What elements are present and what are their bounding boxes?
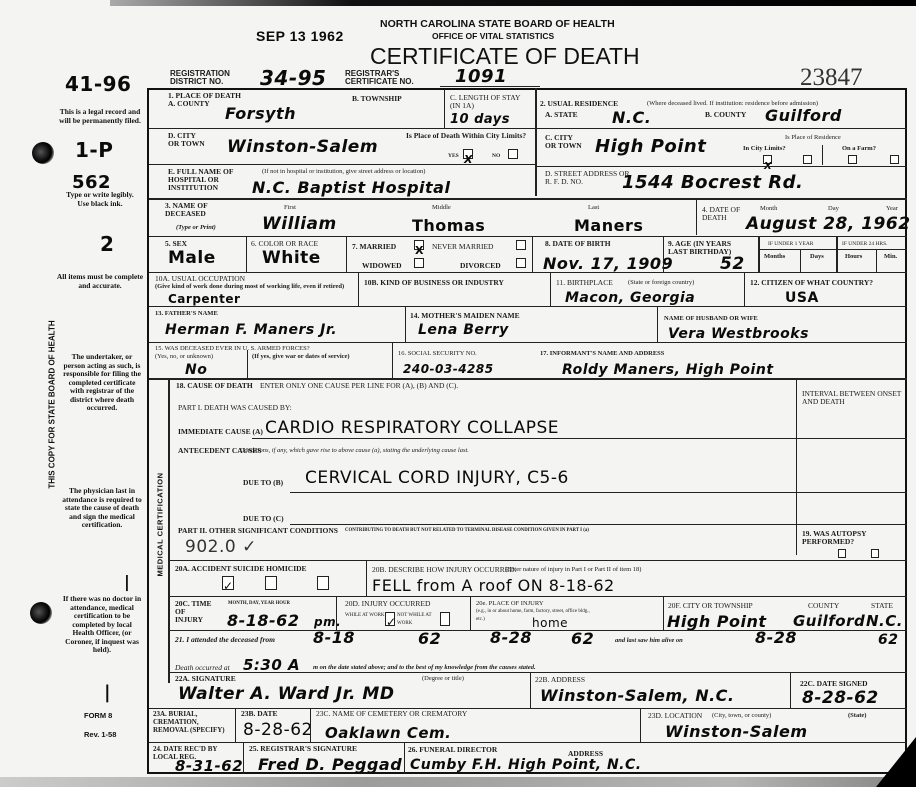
divider-race-married — [346, 236, 347, 272]
divider-birthplace-citizen — [744, 272, 745, 306]
accident-type-label: 20a. ACCIDENT SUICIDE HOMICIDE — [175, 565, 307, 573]
registrar-cert-underline — [440, 86, 540, 87]
time-of-injury-label: 20c. TIME OF INJURY — [175, 600, 215, 624]
injury-city-label: 20f. CITY OR TOWNSHIP — [668, 602, 753, 610]
part1-label: PART I. DEATH WAS CAUSED BY: — [178, 404, 292, 412]
margin-handwriting-2: 1-P — [75, 138, 113, 162]
death-city-value[interactable]: Winston-Salem — [227, 137, 378, 157]
within-limits-no-checkbox[interactable] — [508, 149, 518, 159]
divider-hours-min — [876, 249, 877, 272]
father-label: 13. FATHER'S NAME — [155, 310, 218, 318]
divider-time-occurred — [336, 596, 337, 630]
row-divider-3 — [149, 236, 907, 237]
autopsy-label: 19. WAS AUTOPSY PERFORMED? — [802, 530, 892, 546]
within-limits-no-label: NO — [492, 152, 500, 160]
occupation-value[interactable]: Carpenter — [168, 292, 240, 306]
res-street-label: d. STREET ADDRESS or R. F. D. NO. — [545, 170, 630, 186]
signature-value[interactable]: Walter A. Ward Jr. MD — [178, 684, 394, 704]
ssn-value[interactable]: 240-03-4285 — [403, 362, 494, 376]
death-county-value[interactable]: Forsyth — [225, 104, 296, 123]
note-legal-record: This is a legal record and will be perma… — [55, 108, 145, 125]
date-of-death-label: 4. DATE OF DEATH — [702, 206, 742, 222]
date-of-death-value[interactable]: August 28, 1962 — [746, 214, 911, 234]
attended-from-year[interactable]: 62 — [418, 629, 441, 648]
res-in-city-no-checkbox[interactable] — [803, 155, 812, 164]
burial-type-label: 23a. BURIAL, CREMATION, REMOVAL (Specify… — [153, 710, 233, 734]
medical-side-border — [168, 378, 170, 683]
office-name: OFFICE OF VITAL STATISTICS — [432, 31, 554, 41]
informant-value[interactable]: Roldy Maners, High Point — [562, 362, 774, 378]
injury-county-value[interactable]: Guilford — [793, 612, 865, 630]
divider-burial-date — [235, 708, 236, 742]
autopsy-yes-checkbox[interactable] — [838, 549, 846, 558]
sex-value[interactable]: Male — [168, 248, 216, 268]
dod-day-label: Day — [828, 205, 839, 213]
row-divider-7 — [149, 378, 907, 380]
divider-age-under1 — [758, 236, 760, 272]
vertical-copy-label: THIS COPY FOR STATE BOARD OF HEALTH — [48, 305, 57, 505]
funeral-director-label: 26. FUNERAL DIRECTOR — [408, 746, 497, 754]
cause-of-death-label: 18. CAUSE OF DEATH — [176, 382, 253, 390]
row-divider-2 — [149, 198, 907, 200]
date-signed-label: 22c. DATE SIGNED — [800, 680, 868, 688]
hours-label: Hours — [845, 253, 862, 261]
row-divider-1a — [149, 128, 535, 129]
due-to-c-label: DUE TO (c) — [243, 515, 284, 523]
attended-from[interactable]: 8-18 — [313, 628, 355, 647]
attended-to-year[interactable]: 62 — [571, 629, 594, 648]
part2-value[interactable]: 902.0 ✓ — [185, 537, 257, 557]
divider-address-date — [790, 672, 791, 708]
at-work-checkbox[interactable]: ✓ — [385, 612, 395, 626]
burial-date-value[interactable]: 8-28-62 — [243, 720, 313, 740]
due-to-c-line — [290, 524, 907, 525]
divider-months-days — [800, 249, 801, 272]
margin-handwriting-4: 2 — [100, 232, 114, 256]
deceased-name-label: 3. NAME OF DECEASED — [165, 202, 225, 218]
res-farm-no-checkbox[interactable] — [890, 155, 899, 164]
funeral-director-value[interactable]: Cumby F.H. High Point, N.C. — [410, 757, 642, 773]
row-divider-8 — [170, 560, 907, 561]
registration-district-no[interactable]: 34-95 — [260, 66, 326, 90]
under-divider — [760, 249, 907, 250]
row-divider-6 — [149, 342, 907, 343]
divider-place-city — [663, 596, 664, 630]
divider-war-ssn — [392, 342, 393, 378]
never-married-label: NEVER MARRIED — [432, 243, 493, 251]
divider-dob-age — [663, 236, 664, 272]
location-state-note: (State) — [848, 712, 866, 720]
spouse-value[interactable]: Vera Westbrooks — [668, 326, 809, 342]
how-injury-value[interactable]: FELL from A roof ON 8-18-62 — [372, 576, 615, 595]
within-limits-yes-label: YES — [448, 152, 459, 160]
divider-col1-col2 — [535, 88, 537, 196]
at-work-label: WHILE AT WORK — [345, 612, 385, 620]
punch-hole-top — [32, 142, 54, 164]
registrar-cert-no[interactable]: 1091 — [455, 66, 507, 87]
res-divider-1 — [537, 128, 907, 129]
homicide-checkbox[interactable] — [317, 576, 329, 590]
immediate-cause-value[interactable]: CARDIO RESPIRATORY COLLAPSE — [265, 418, 559, 438]
widowed-checkbox[interactable] — [414, 258, 424, 268]
location-note: (City, town, or county) — [712, 712, 771, 720]
sex-label: 5. SEX — [165, 240, 187, 248]
not-at-work-checkbox[interactable] — [440, 612, 450, 626]
divider-industry-birthplace — [550, 272, 551, 306]
burial-date-label: 23b. DATE — [241, 710, 278, 718]
due-to-b-label: DUE TO (b) — [243, 479, 283, 487]
immediate-line — [252, 438, 907, 439]
in-city-limits-label: In City Limits? — [743, 145, 786, 153]
margin-mark-1: | — [124, 572, 130, 591]
res-state-label: a. STATE — [545, 111, 578, 119]
due-to-b-line — [290, 492, 907, 493]
occupation-label: 10a. USUAL OCCUPATION — [155, 275, 245, 283]
date-signed-value[interactable]: 8-28-62 — [802, 688, 879, 708]
birthplace-label: 11. BIRTHPLACE — [556, 279, 613, 287]
res-farm-yes-checkbox[interactable] — [848, 155, 857, 164]
res-in-city-yes-checkbox[interactable]: X — [763, 155, 772, 164]
certifier-address-label: 22b. ADDRESS — [535, 676, 585, 684]
within-limits-label: Is Place of Death Within City Limits? — [406, 132, 536, 140]
father-value[interactable]: Herman F. Maners Jr. — [165, 322, 337, 338]
attended-label: 21. I attended the deceased from — [175, 636, 275, 644]
time-of-injury-value[interactable]: 8-18-62 — [227, 611, 299, 630]
place-of-injury-value[interactable]: home — [532, 616, 568, 630]
row-divider-1b — [149, 164, 535, 165]
note-undertaker: The undertaker, or person acting as such… — [62, 353, 142, 413]
institution-note: (If not in hospital or institution, give… — [262, 168, 425, 176]
institution-value[interactable]: N.C. Baptist Hospital — [252, 178, 450, 197]
married-label: 7. MARRIED — [352, 243, 396, 251]
death-county-label: a. COUNTY — [168, 100, 210, 108]
place-of-injury-label: 20e. PLACE OF INJURY — [476, 600, 544, 608]
res-street-value[interactable]: 1544 Bocrest Rd. — [622, 172, 803, 193]
divider-under1-under24 — [836, 236, 838, 272]
certifier-address-value[interactable]: Winston-Salem, N.C. — [540, 686, 734, 705]
divorced-label: DIVORCED — [460, 262, 501, 270]
citizen-value[interactable]: USA — [785, 290, 819, 306]
divider-date-cemetery — [310, 708, 311, 742]
location-value[interactable]: Winston-Salem — [665, 722, 808, 741]
note-no-doctor: If there was no doctor in attendance, me… — [62, 595, 142, 655]
spouse-label: NAME OF HUSBAND OR WIFE — [664, 315, 758, 323]
registration-district-label: REGISTRATION DISTRICT NO. — [170, 70, 260, 86]
res-divider-farm — [822, 145, 823, 165]
township-label: b. TOWNSHIP — [352, 95, 402, 103]
armed-forces-note: (Yes, no, or unknown) — [155, 353, 213, 361]
note-all-items: All items must be complete and accurate. — [55, 273, 145, 290]
row-divider-13 — [149, 742, 907, 743]
divider-sig-address — [530, 672, 531, 708]
res-city-value[interactable]: High Point — [595, 136, 706, 157]
on-farm-label: On a Farm? — [842, 145, 876, 153]
ssn-label: 16. SOCIAL SECURITY NO. — [398, 350, 477, 358]
length-of-stay-value[interactable]: 10 days — [450, 112, 510, 127]
part2-note: CONTRIBUTING TO DEATH BUT NOT RELATED TO… — [345, 527, 589, 535]
time-of-injury-pm[interactable]: pm. — [314, 615, 341, 629]
suicide-checkbox[interactable] — [265, 576, 277, 590]
dob-value[interactable]: Nov. 17, 1909 — [543, 254, 673, 273]
margin-handwriting-1: 41-96 — [65, 72, 131, 96]
row-divider-5 — [149, 306, 907, 307]
scan-corner-fold — [876, 737, 916, 787]
middle-label: Middle — [432, 204, 451, 212]
middle-name-value[interactable]: Thomas — [412, 216, 485, 235]
res-county-value[interactable]: Guilford — [765, 106, 842, 125]
injury-state-label: STATE — [871, 602, 893, 610]
birthplace-value[interactable]: Macon, Georgia — [565, 290, 695, 306]
dod-year-label: Year — [886, 205, 898, 213]
divider-married-dob — [532, 236, 533, 272]
form-revision: Rev. 1-58 — [84, 730, 116, 739]
res-state-value[interactable]: N.C. — [612, 108, 651, 127]
divider-cemetery-location — [640, 708, 641, 742]
dob-label: 8. DATE OF BIRTH — [545, 240, 611, 248]
signature-label: 22a. SIGNATURE — [175, 675, 236, 683]
death-city-label: d. CITY OR TOWN — [168, 132, 208, 148]
interval-label: INTERVAL BETWEEN ONSET AND DEATH — [802, 390, 907, 406]
cemetery-label: 23c. NAME OF CEMETERY OR CREMATORY — [316, 710, 467, 718]
divider-mother-spouse — [657, 306, 658, 342]
age-value[interactable]: 52 — [720, 254, 745, 274]
row-divider-11 — [170, 672, 907, 673]
under-1yr-label: IF UNDER 1 YEAR — [768, 240, 813, 248]
degree-label: (Degree or title) — [422, 675, 464, 683]
first-label: First — [284, 204, 296, 212]
injury-state-value[interactable]: N.C. — [866, 612, 903, 630]
divider-occurred-place — [470, 596, 471, 630]
how-injury-note: (Enter nature of injury in Part I or Par… — [505, 566, 641, 574]
occupation-note: (Give kind of work done during most of w… — [155, 283, 355, 291]
last-saw-year[interactable]: 62 — [878, 632, 898, 648]
within-limits-yes-checkbox[interactable]: X — [463, 149, 473, 159]
is-place-residence-label: Is Place of Residence — [785, 134, 841, 142]
industry-label: 10b. KIND OF BUSINESS OR INDUSTRY — [364, 279, 504, 287]
birthplace-note: (State or foreign country) — [628, 279, 694, 287]
race-value[interactable]: White — [262, 248, 321, 268]
divider-dod — [696, 199, 697, 235]
not-at-work-label: NOT WHILE AT WORK — [397, 612, 437, 628]
registrar-sig-label: 25. REGISTRAR'S SIGNATURE — [249, 745, 357, 753]
widowed-label: WIDOWED — [362, 262, 402, 270]
war-note: (If yes, give war or dates of service) — [252, 353, 350, 361]
due-to-b-value[interactable]: CERVICAL CORD INJURY, C5-6 — [305, 468, 569, 488]
mother-label: 14. MOTHER'S MAIDEN NAME — [410, 312, 520, 320]
citizen-label: 12. CITIZEN OF WHAT COUNTRY? — [750, 279, 873, 287]
divorced-checkbox[interactable] — [516, 258, 526, 268]
res-county-label: b. COUNTY — [705, 111, 746, 119]
divider-recd-registrar — [243, 742, 244, 774]
scan-edge-top — [110, 0, 916, 6]
divider-sex-race — [246, 236, 247, 272]
divider-occ-industry — [358, 272, 359, 306]
mother-value[interactable]: Lena Berry — [418, 322, 509, 338]
divider-stay — [444, 90, 445, 128]
how-injury-label: 20b. DESCRIBE HOW INJURY OCCURRED. — [372, 566, 517, 574]
informant-label: 17. INFORMANT'S NAME AND ADDRESS — [540, 350, 664, 358]
antecedent-note: Conditions, if any, which gave rise to a… — [240, 447, 469, 455]
injury-county-label: COUNTY — [808, 602, 839, 610]
scan-edge-bottom — [0, 777, 916, 787]
attended-to[interactable]: 8-28 — [490, 628, 532, 647]
autopsy-no-checkbox[interactable] — [871, 549, 879, 558]
dod-month-label: Month — [760, 205, 777, 213]
death-occurred-label: Death occurred at — [175, 664, 230, 672]
accident-checkbox[interactable]: ✓ — [222, 576, 234, 590]
immediate-cause-label: IMMEDIATE CAUSE (a) — [178, 428, 263, 436]
injury-city-value[interactable]: High Point — [667, 612, 767, 631]
note-write-legibly: Type or write legibly. Use black ink. — [65, 191, 135, 208]
divider-type-how — [366, 560, 367, 596]
last-label: Last — [588, 204, 599, 212]
death-time-note: m on the date stated above; and to the b… — [313, 664, 536, 672]
never-married-checkbox[interactable] — [516, 240, 526, 250]
institution-label: e. FULL NAME OF HOSPITAL OR INSTITUTION — [168, 168, 242, 192]
last-saw-value[interactable]: 8-28 — [755, 628, 797, 647]
part2-label: PART II. OTHER SIGNIFICANT CONDITIONS — [178, 527, 338, 535]
form-number: FORM 8 — [84, 711, 112, 720]
deceased-name-note: (Type or Print) — [176, 224, 216, 232]
res-city-label: c. CITY OR TOWN — [545, 134, 585, 150]
divider-registrar-funeral — [404, 742, 405, 774]
punch-hole-bottom — [30, 602, 52, 624]
agency-name: NORTH CAROLINA STATE BOARD OF HEALTH — [380, 18, 615, 30]
last-saw-label: and last saw him alive on — [615, 637, 683, 645]
note-physician: The physician last in attendance is requ… — [62, 487, 142, 530]
first-name-value[interactable]: William — [262, 214, 337, 234]
res-divider-2 — [537, 166, 907, 167]
location-label: 23d. LOCATION — [648, 712, 702, 720]
armed-forces-label: 15. WAS DECEASED EVER IN U. S. ARMED FOR… — [155, 345, 310, 353]
registrar-sig-value[interactable]: Fred D. Peggad — [258, 755, 402, 774]
divider-interval — [796, 380, 797, 555]
cause-instruction: ENTER ONLY ONE CAUSE PER LINE FOR (a), (… — [260, 382, 458, 390]
months-label: Months — [764, 253, 785, 261]
medical-certification-vertical: MEDICAL CERTIFICATION — [156, 465, 165, 585]
armed-forces-value[interactable]: No — [185, 362, 207, 378]
married-checkbox[interactable]: X — [414, 240, 424, 250]
length-of-stay-label: c. LENGTH OF STAY (in 1a) — [450, 94, 530, 110]
registrar-cert-label: REGISTRAR'S CERTIFICATE NO. — [345, 70, 445, 86]
race-label: 6. COLOR OR RACE — [251, 240, 318, 248]
last-name-value[interactable]: Maners — [574, 216, 643, 235]
injury-occurred-label: 20d. INJURY OCCURRED — [345, 600, 430, 608]
row-divider-4 — [149, 272, 907, 273]
min-label: Min. — [884, 253, 897, 261]
received-stamp: SEP 13 1962 — [256, 28, 344, 44]
divider-armed-war — [247, 350, 248, 378]
under-24hrs-label: IF UNDER 24 HRS. — [842, 240, 888, 248]
margin-mark-2: | — [104, 682, 111, 703]
date-recd-value[interactable]: 8-31-62 — [175, 757, 243, 775]
cemetery-value[interactable]: Oaklawn Cem. — [325, 724, 451, 742]
divider-father-mother — [405, 306, 406, 342]
residence-label: 2. USUAL RESIDENCE — [540, 100, 618, 108]
time-note: MONTH, DAY, YEAR HOUR — [228, 600, 290, 608]
row-divider-9 — [170, 596, 907, 597]
days-label: Days — [810, 253, 824, 261]
